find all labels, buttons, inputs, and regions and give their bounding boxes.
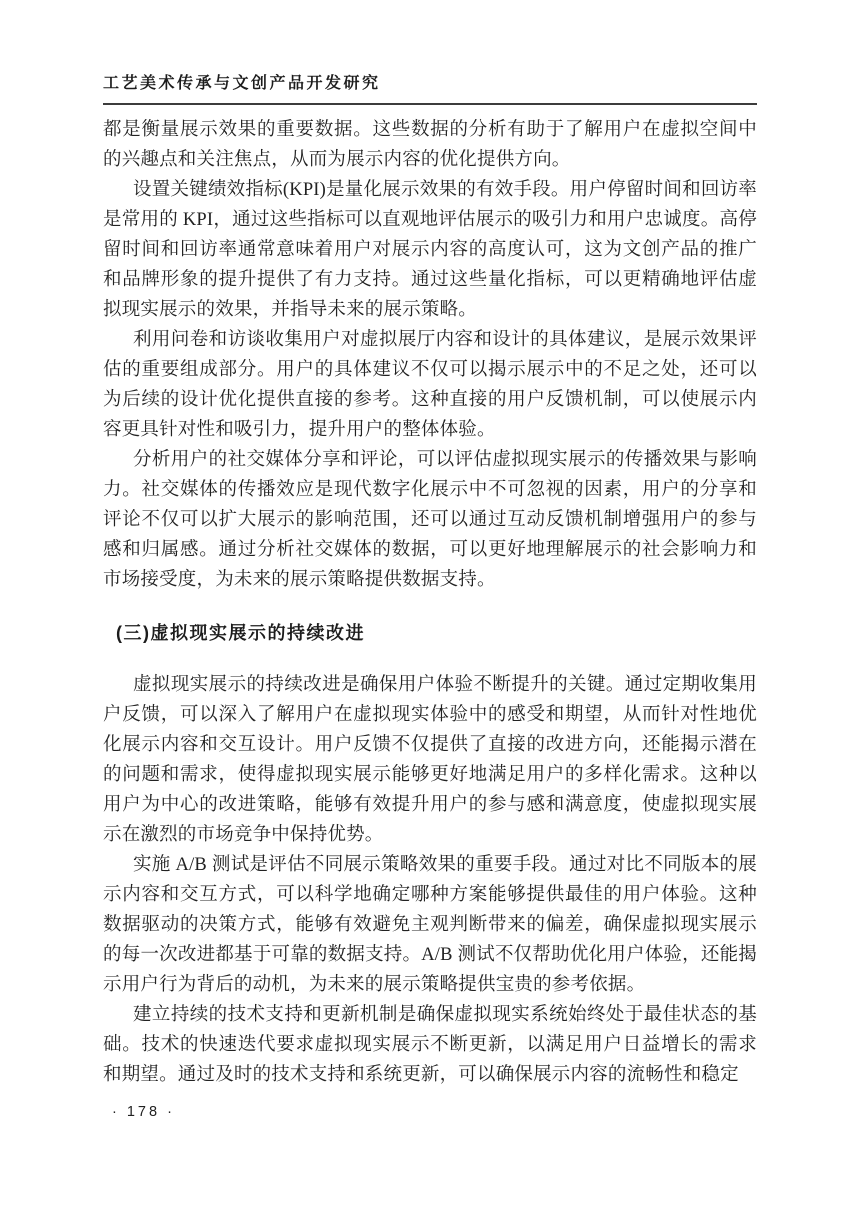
running-header: 工艺美术传承与文创产品开发研究 xyxy=(103,74,757,105)
body-paragraph: 实施 A/B 测试是评估不同展示策略效果的重要手段。通过对比不同版本的展示内容和… xyxy=(103,850,757,1000)
body-paragraph: 利用问卷和访谈收集用户对虚拟展厅内容和设计的具体建议，是展示效果评估的重要组成部… xyxy=(103,325,757,445)
page-number: · 178 · xyxy=(112,1104,175,1120)
page-body: 都是衡量展示效果的重要数据。这些数据的分析有助于了解用户在虚拟空间中的兴趣点和关… xyxy=(103,106,757,1090)
document-page: 工艺美术传承与文创产品开发研究 都是衡量展示效果的重要数据。这些数据的分析有助于… xyxy=(0,0,860,1208)
page-footer: · 178 · xyxy=(112,1103,175,1121)
body-paragraph: 都是衡量展示效果的重要数据。这些数据的分析有助于了解用户在虚拟空间中的兴趣点和关… xyxy=(103,115,757,175)
body-paragraph: 建立持续的技术支持和更新机制是确保虚拟现实系统始终处于最佳状态的基础。技术的快速… xyxy=(103,1000,757,1090)
body-paragraph: 设置关键绩效指标(KPI)是量化展示效果的有效手段。用户停留时间和回访率是常用的… xyxy=(103,175,757,325)
section-heading: (三)虚拟现实展示的持续改进 xyxy=(103,618,757,648)
running-header-title: 工艺美术传承与文创产品开发研究 xyxy=(103,74,757,94)
body-paragraph: 分析用户的社交媒体分享和评论，可以评估虚拟现实展示的传播效果与影响力。社交媒体的… xyxy=(103,445,757,595)
body-paragraph: 虚拟现实展示的持续改进是确保用户体验不断提升的关键。通过定期收集用户反馈，可以深… xyxy=(103,670,757,850)
